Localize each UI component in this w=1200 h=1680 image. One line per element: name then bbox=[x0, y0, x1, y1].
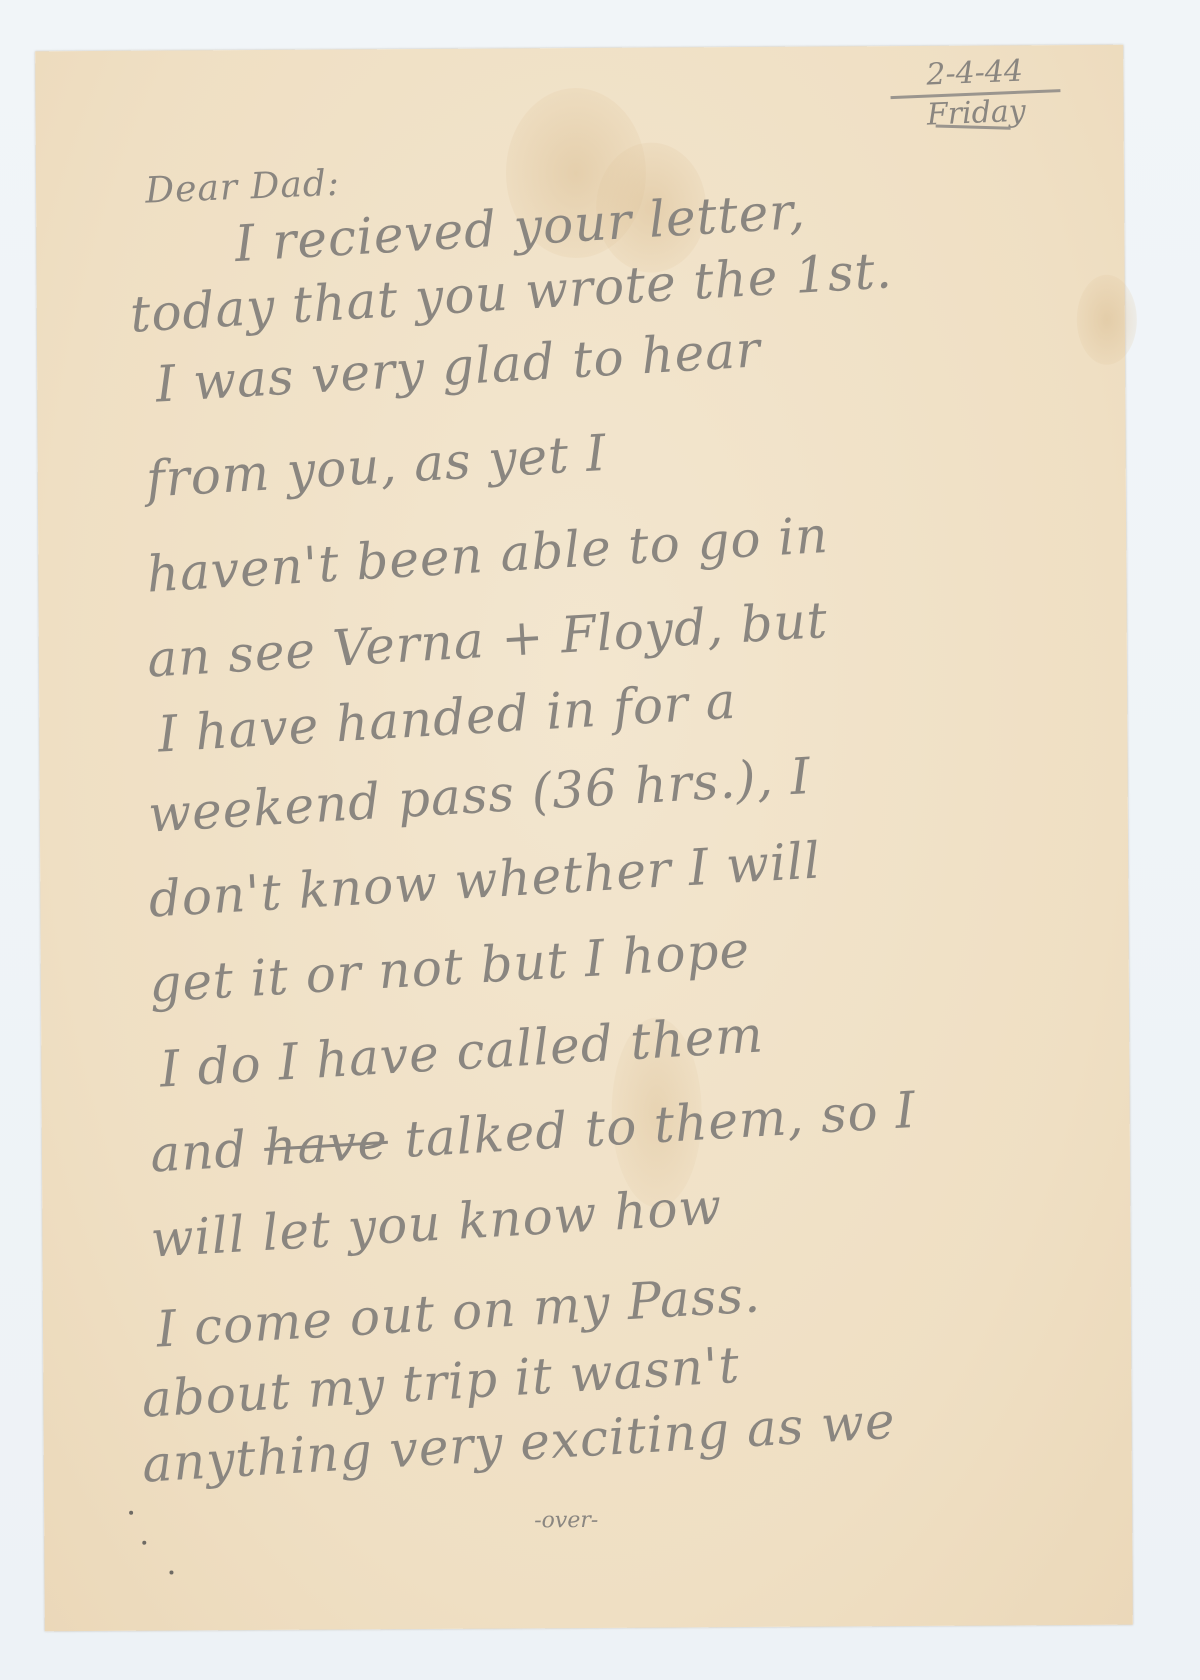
salutation: Dear Dad: bbox=[144, 163, 340, 212]
letter-line: weekend pass (36 hrs.), I bbox=[147, 747, 813, 844]
continuation-mark: -over- bbox=[534, 1508, 598, 1533]
letter-line: will let you know how bbox=[149, 1177, 723, 1268]
letter-line: and have talked to them, so I bbox=[149, 1081, 918, 1184]
letter-line: don't know whether I will bbox=[147, 831, 822, 928]
letter-line: get it or not but I hope bbox=[148, 921, 752, 1014]
letter-line: I have handed in for a bbox=[156, 672, 738, 764]
letter-paper: 2-4-44 Friday Dear Dad: I recieved your … bbox=[35, 45, 1133, 1632]
stain-mark bbox=[1077, 275, 1138, 365]
letter-line-text: and bbox=[149, 1119, 266, 1184]
struck-word: have bbox=[262, 1112, 389, 1177]
letter-line: I do I have called them bbox=[158, 1005, 765, 1098]
ink-speck bbox=[129, 1511, 133, 1515]
scanned-page: 2-4-44 Friday Dear Dad: I recieved your … bbox=[0, 0, 1200, 1680]
letter-line: from you, as yet I bbox=[145, 424, 609, 509]
letter-line-text: talked to them, so I bbox=[386, 1081, 918, 1170]
ink-speck bbox=[169, 1571, 173, 1575]
letter-date: 2-4-44 bbox=[889, 52, 1060, 99]
ink-speck bbox=[142, 1541, 146, 1545]
letter-line: haven't been able to go in bbox=[145, 506, 830, 604]
letter-date-block: 2-4-44 Friday bbox=[889, 52, 1062, 134]
